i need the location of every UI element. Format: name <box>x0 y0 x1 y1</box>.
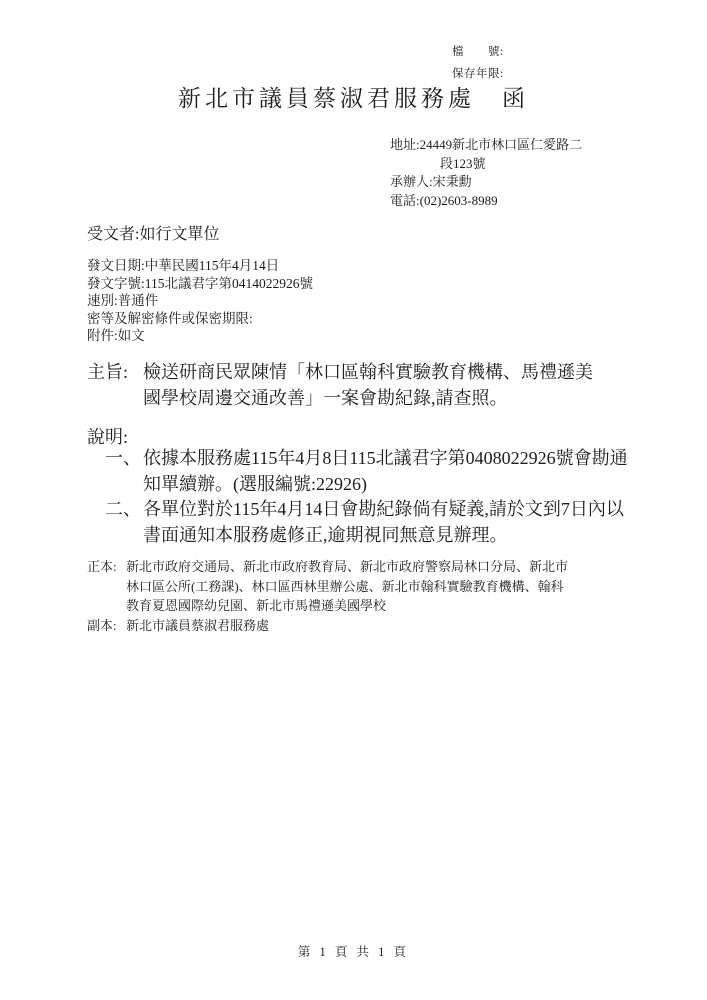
sender-address-line2: 段123號 <box>390 155 582 174</box>
file-classification-block: 檔 號: 保存年限: <box>452 41 504 85</box>
attachment-value: 如文 <box>118 328 145 343</box>
subject-section: 主旨: 檢送研商民眾陳情「林口區翰科實驗教育機構、馬禮遜美國學校周邊交通改善」一… <box>87 359 605 411</box>
sender-address-line1: 地址:24449新北市林口區仁愛路二 <box>390 136 582 155</box>
distribution-block: 正本: 新北市政府交通局、新北市政府教育局、新北市政府警察局林口分局、新北市林口… <box>87 557 576 635</box>
issue-date-value: 中華民國115年4月14日 <box>145 258 280 273</box>
priority-value: 普通件 <box>118 293 159 308</box>
reference-number-label: 發文字號: <box>87 276 145 291</box>
subject-label: 主旨: <box>87 359 143 385</box>
carbon-copy-row: 副本: 新北市議員蔡淑君服務處 <box>87 616 576 636</box>
recipient-line: 受文者:如行文單位 <box>87 221 219 244</box>
attachment-row: 附件:如文 <box>87 327 313 345</box>
priority-label: 速別: <box>87 293 118 308</box>
page-number: 第 1 頁 共 1 頁 <box>0 942 707 960</box>
sender-contact-person: 承辦人:宋秉勳 <box>390 173 582 192</box>
reference-number-row: 發文字號:115北議君字第0414022926號 <box>87 275 313 293</box>
file-number-label: 檔 號: <box>452 41 504 63</box>
item-number: 一、 <box>105 446 143 472</box>
security-classification-label: 密等及解密條件或保密期限: <box>87 311 253 326</box>
priority-row: 速別:普通件 <box>87 292 313 310</box>
carbon-copy-recipients: 新北市議員蔡淑君服務處 <box>126 616 576 636</box>
original-copy-label: 正本: <box>87 557 126 577</box>
document-meta-block: 發文日期:中華民國115年4月14日 發文字號:115北議君字第04140229… <box>87 257 313 345</box>
recipient-label: 受文者: <box>87 226 139 243</box>
item-number: 二、 <box>105 497 143 523</box>
explanation-items: 一、 依據本服務處115年4月8日115北議君字第0408022926號會勘通知… <box>105 446 636 548</box>
explanation-item-2: 二、 各單位對於115年4月14日會勘紀錄倘有疑義,請於文到7日內以書面通知本服… <box>105 497 636 548</box>
reference-number-value: 115北議君字第0414022926號 <box>145 276 313 291</box>
attachment-label: 附件: <box>87 328 118 343</box>
document-title: 新北市議員蔡淑君服務處 函 <box>0 80 707 113</box>
issue-date-label: 發文日期: <box>87 258 145 273</box>
item-text: 依據本服務處115年4月8日115北議君字第0408022926號會勘通知單續辦… <box>143 446 636 497</box>
explanation-item-1: 一、 依據本服務處115年4月8日115北議君字第0408022926號會勘通知… <box>105 446 636 497</box>
item-text: 各單位對於115年4月14日會勘紀錄倘有疑義,請於文到7日內以書面通知本服務處修… <box>143 497 636 548</box>
issue-date-row: 發文日期:中華民國115年4月14日 <box>87 257 313 275</box>
carbon-copy-label: 副本: <box>87 616 126 636</box>
sender-phone: 電話:(02)2603-8989 <box>390 192 582 211</box>
security-classification-row: 密等及解密條件或保密期限: <box>87 310 313 328</box>
subject-text: 檢送研商民眾陳情「林口區翰科實驗教育機構、馬禮遜美國學校周邊交通改善」一案會勘紀… <box>143 359 605 411</box>
sender-info-block: 地址:24449新北市林口區仁愛路二 段123號 承辦人:宋秉勳 電話:(02)… <box>390 136 582 210</box>
recipient-value: 如行文單位 <box>139 226 219 243</box>
original-copy-row: 正本: 新北市政府交通局、新北市政府教育局、新北市政府警察局林口分局、新北市林口… <box>87 557 576 616</box>
original-copy-recipients: 新北市政府交通局、新北市政府教育局、新北市政府警察局林口分局、新北市林口區公所(… <box>126 557 576 616</box>
